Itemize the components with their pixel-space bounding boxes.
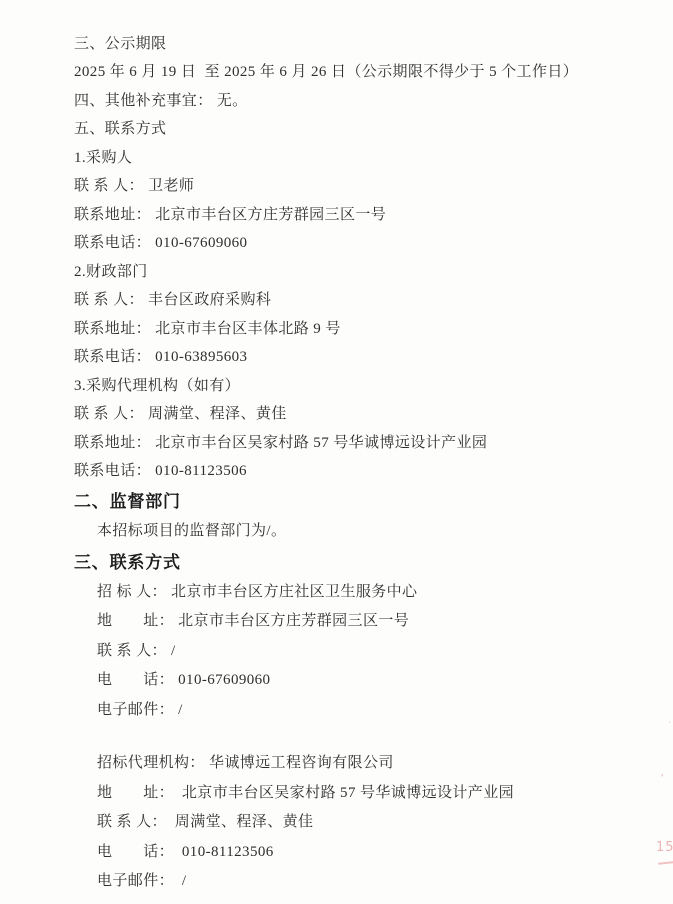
agency-contact-person: 联 系 人： 周满堂、程泽、黄佳 bbox=[74, 399, 643, 428]
heading-public-notice-period: 三、公示期限 bbox=[74, 28, 643, 57]
agency-phone: 联系电话： 010-81123506 bbox=[74, 456, 643, 485]
red-pen-number-mark: 15 bbox=[656, 840, 673, 855]
finance-dept-title: 2.财政部门 bbox=[74, 256, 643, 285]
purchaser-phone: 联系电话： 010-67609060 bbox=[74, 228, 643, 257]
agent-company-name: 招标代理机构： 华诚博远工程咨询有限公司 bbox=[74, 747, 643, 777]
agent-address: 地 址： 北京市丰台区吴家村路 57 号华诚博远设计产业园 bbox=[74, 777, 643, 807]
finance-dept-phone: 联系电话： 010-63895603 bbox=[74, 342, 643, 371]
supervision-body: 本招标项目的监督部门为/。 bbox=[74, 515, 643, 545]
tenderer-email: 电子邮件： / bbox=[74, 694, 643, 724]
heading-contact-info: 三、联系方式 bbox=[74, 545, 643, 576]
tenderer-address: 地 址： 北京市丰台区方庄芳群园三区一号 bbox=[74, 605, 643, 635]
red-pen-dot-mark: · bbox=[668, 718, 671, 728]
heading-contact-methods: 五、联系方式 bbox=[74, 114, 643, 143]
tenderer-contact-person: 联 系 人： / bbox=[74, 635, 643, 665]
finance-dept-address: 联系地址： 北京市丰台区丰体北路 9 号 bbox=[74, 313, 643, 342]
agency-address: 联系地址： 北京市丰台区吴家村路 57 号华诚博远设计产业园 bbox=[74, 427, 643, 456]
blank-line-spacer bbox=[74, 723, 643, 747]
agent-contact-person: 联 系 人： 周满堂、程泽、黄佳 bbox=[74, 806, 643, 836]
agent-email: 电子邮件： / bbox=[74, 865, 643, 895]
purchaser-address: 联系地址： 北京市丰台区方庄芳群园三区一号 bbox=[74, 199, 643, 228]
heading-supervision-dept: 二、监督部门 bbox=[74, 484, 643, 515]
agency-title: 3.采购代理机构（如有） bbox=[74, 370, 643, 399]
finance-dept-contact-person: 联 系 人： 丰台区政府采购科 bbox=[74, 285, 643, 314]
agent-phone: 电 话： 010-81123506 bbox=[74, 836, 643, 866]
tenderer-phone: 电 话： 010-67609060 bbox=[74, 664, 643, 694]
scanned-document-page: 三、公示期限 2025 年 6 月 19 日 至 2025 年 6 月 26 日… bbox=[0, 0, 673, 904]
purchaser-title: 1.采购人 bbox=[74, 142, 643, 171]
document-body: 三、公示期限 2025 年 6 月 19 日 至 2025 年 6 月 26 日… bbox=[74, 28, 643, 895]
red-pen-underline-squiggle bbox=[658, 857, 673, 865]
public-notice-period-dates: 2025 年 6 月 19 日 至 2025 年 6 月 26 日（公示期限不得… bbox=[74, 57, 643, 86]
tenderer-name: 招 标 人： 北京市丰台区方庄社区卫生服务中心 bbox=[74, 576, 643, 606]
purchaser-contact-person: 联 系 人： 卫老师 bbox=[74, 171, 643, 200]
heading-other-matters: 四、其他补充事宜： 无。 bbox=[74, 85, 643, 114]
red-pen-stroke-mark: ʼ bbox=[659, 772, 664, 785]
